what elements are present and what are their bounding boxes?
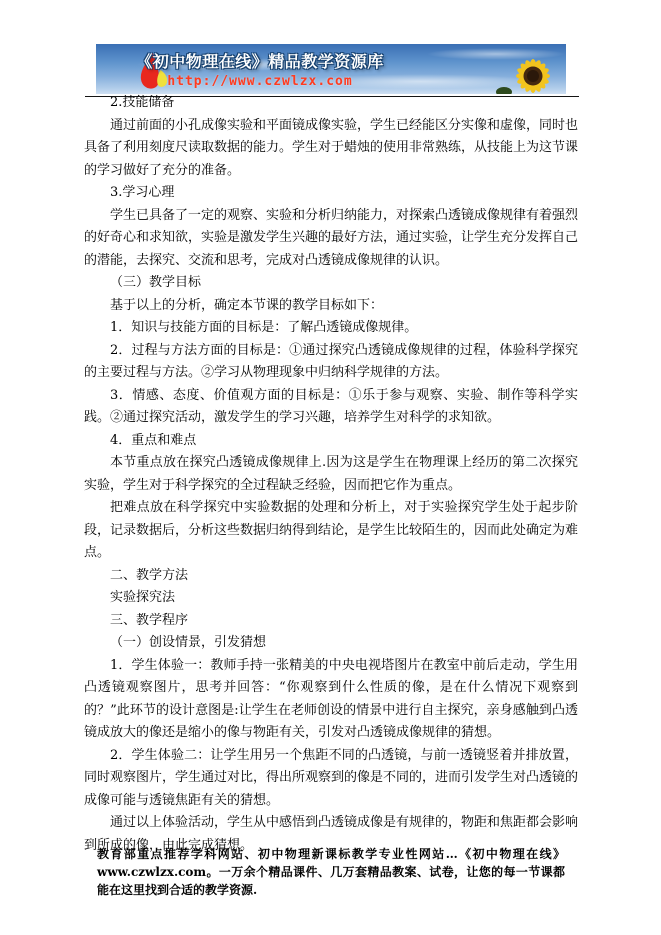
doc-paragraph: 1．知识与技能方面的目标是：了解凸透镜成像规律。 [84,317,578,340]
doc-paragraph: 本节重点放在探究凸透镜成像规律上.因为这是学生在物理课上经历的第二次探究实验，学… [84,452,578,497]
doc-paragraph: 通过前面的小孔成像实验和平面镜成像实验，学生已经能区分实像和虚像，同时也具备了利… [84,115,578,183]
doc-paragraph: 基于以上的分析，确定本节课的教学目标如下： [84,295,578,318]
doc-paragraph: 1．学生体验一：教师手持一张精美的中央电视塔图片在教室中前后走动，学生用凸透镜观… [84,655,578,745]
document-page: 《初中物理在线》精品教学资源库 http://www.czwlzx.com [0,0,661,935]
doc-paragraph: 3.学习心理 [84,182,578,205]
doc-paragraph: 学生已具备了一定的观察、实验和分析归纳能力，对探索凸透镜成像规律有着强烈的好奇心… [84,205,578,273]
site-title: 《初中物理在线》精品教学资源库 [130,49,390,72]
site-banner[interactable]: 《初中物理在线》精品教学资源库 http://www.czwlzx.com [96,44,566,94]
doc-paragraph: 2．过程与方法方面的目标是：①通过探究凸透镜成像规律的过程，体验科学探究的主要过… [84,340,578,385]
doc-paragraph: 2.技能储备 [84,92,578,115]
doc-paragraph: 实验探究法 [84,587,578,610]
doc-paragraph: 4．重点和难点 [84,430,578,453]
doc-paragraph: 把难点放在科学探究中实验数据的处理和分析上，对于实验探究学生处于起步阶段，记录数… [84,497,578,565]
doc-paragraph: 二、教学方法 [84,565,578,588]
doc-paragraph: 2．学生体验二：让学生用另一个焦距不同的凸透镜，与前一透镜竖着并排放置，同时观察… [84,745,578,813]
document-body: 2.技能储备通过前面的小孔成像实验和平面镜成像实验，学生已经能区分实像和虚像，同… [84,92,578,857]
doc-paragraph: （一）创设情景，引发猜想 [84,632,578,655]
banner-text-block: 《初中物理在线》精品教学资源库 http://www.czwlzx.com [130,49,390,89]
page-footer: 教育部重点推荐学科网站、初中物理新课标教学专业性网站…《初中物理在线》www.c… [97,845,565,899]
doc-paragraph: 三、教学程序 [84,610,578,633]
sunflower-icon [496,52,562,94]
doc-paragraph: 3．情感、态度、价值观方面的目标是：①乐于参与观察、实验、制作等科学实践。②通过… [84,385,578,430]
site-url-link[interactable]: http://www.czwlzx.com [130,74,390,89]
doc-paragraph: （三）教学目标 [84,272,578,295]
